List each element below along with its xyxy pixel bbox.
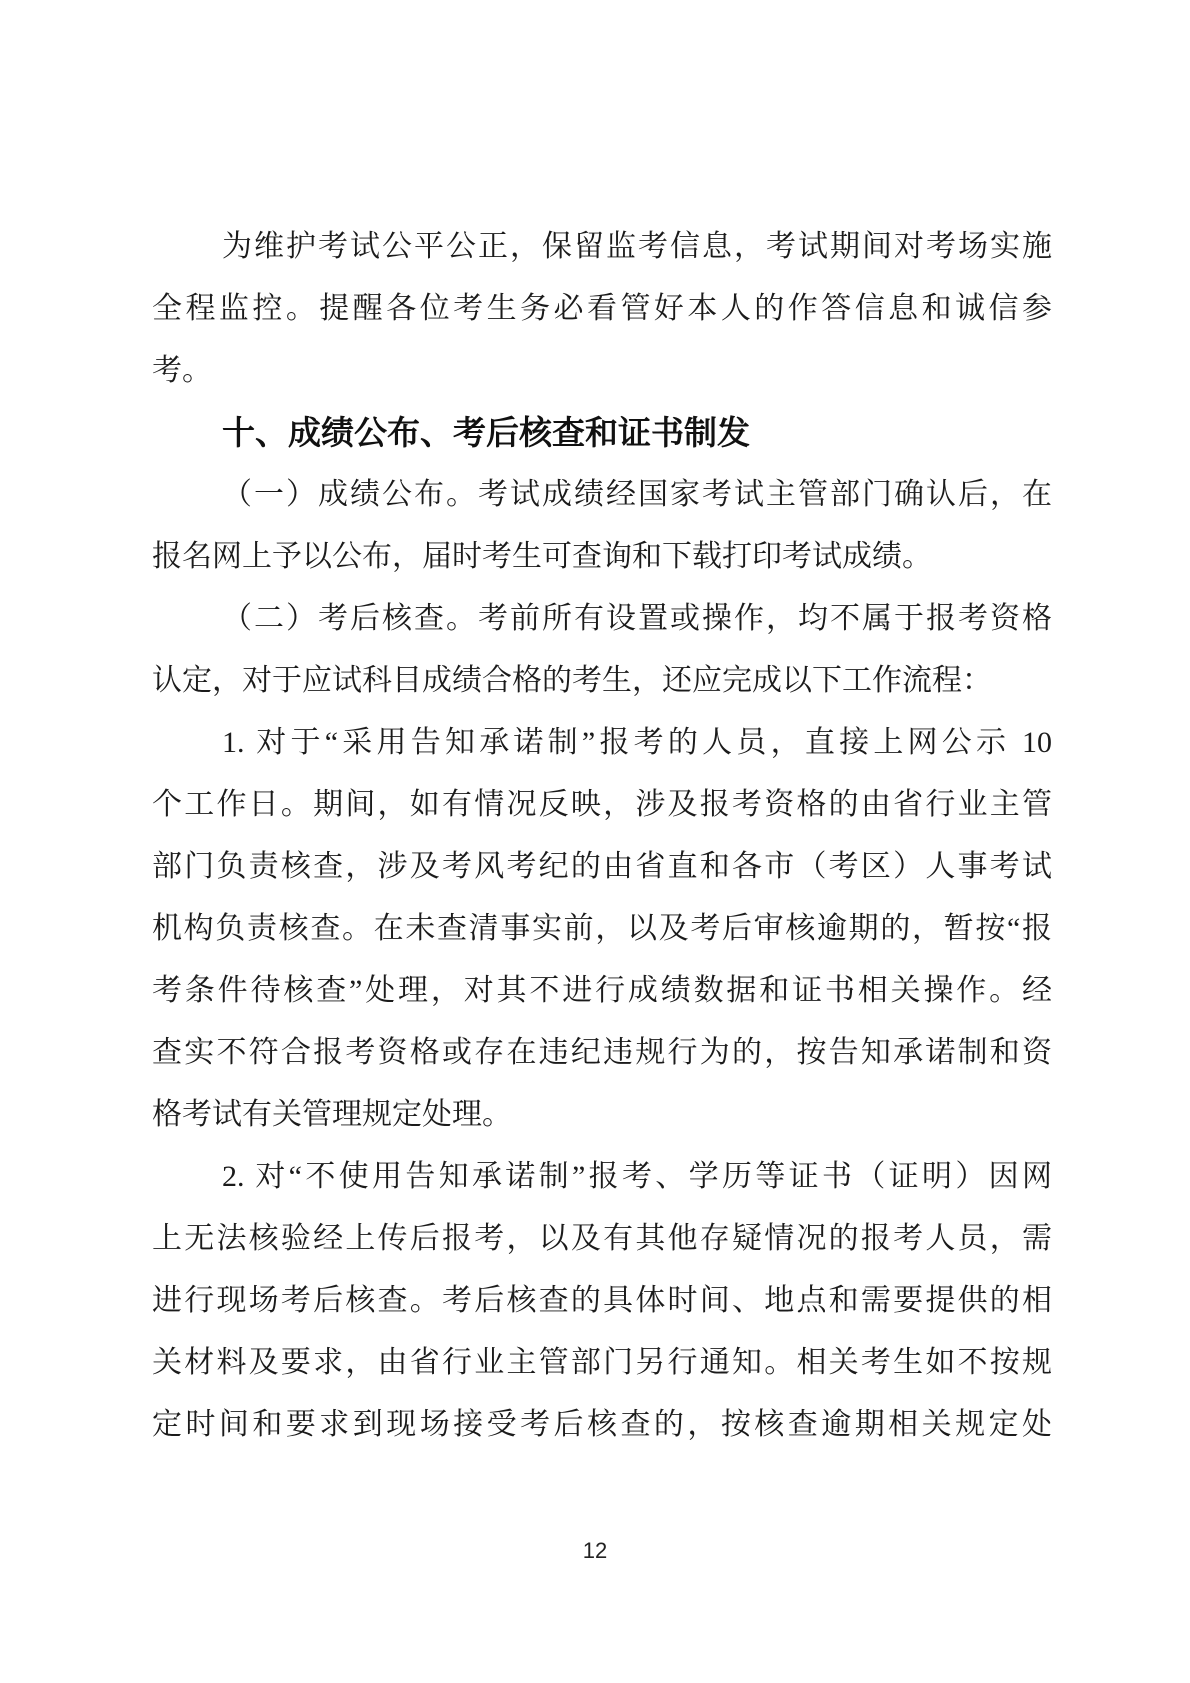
text-line: 认定，对于应试科目成绩合格的考生，还应完成以下工作流程： [152, 650, 1052, 712]
text-line: 2. 对“不使用告知承诺制”报考、学历等证书（证明）因网 [152, 1146, 1052, 1208]
text-line: 定时间和要求到现场接受考后核查的，按核查逾期相关规定处 [152, 1394, 1052, 1456]
text-block: 为维护考试公平公正，保留监考信息，考试期间对考场实施全程监控。提醒各位考生务必看… [152, 216, 1052, 1456]
text-line: 关材料及要求，由省行业主管部门另行通知。相关考生如不按规 [152, 1332, 1052, 1394]
text-line: 查实不符合报考资格或存在违纪违规行为的，按告知承诺制和资 [152, 1022, 1052, 1084]
text-line: （二）考后核查。考前所有设置或操作，均不属于报考资格 [152, 588, 1052, 650]
text-line: 考条件待核查”处理，对其不进行成绩数据和证书相关操作。经 [152, 960, 1052, 1022]
text-line: 上无法核验经上传后报考，以及有其他存疑情况的报考人员，需 [152, 1208, 1052, 1270]
text-line: 部门负责核查，涉及考风考纪的由省直和各市（考区）人事考试 [152, 836, 1052, 898]
text-line: （一）成绩公布。考试成绩经国家考试主管部门确认后，在 [152, 464, 1052, 526]
text-line: 报名网上予以公布，届时考生可查询和下载打印考试成绩。 [152, 526, 1052, 588]
text-line: 全程监控。提醒各位考生务必看管好本人的作答信息和诚信参 [152, 278, 1052, 340]
page-number: 12 [0, 1538, 1190, 1564]
text-line: 1. 对于“采用告知承诺制”报考的人员，直接上网公示 10 [152, 712, 1052, 774]
text-line: 进行现场考后核查。考后核查的具体时间、地点和需要提供的相 [152, 1270, 1052, 1332]
text-line: 格考试有关管理规定处理。 [152, 1084, 1052, 1146]
text-line: 为维护考试公平公正，保留监考信息，考试期间对考场实施 [152, 216, 1052, 278]
section-heading: 十、成绩公布、考后核查和证书制发 [152, 402, 1052, 464]
text-line: 考。 [152, 340, 1052, 402]
text-line: 机构负责核查。在未查清事实前，以及考后审核逾期的，暂按“报 [152, 898, 1052, 960]
text-line: 个工作日。期间，如有情况反映，涉及报考资格的由省行业主管 [152, 774, 1052, 836]
document-page: 为维护考试公平公正，保留监考信息，考试期间对考场实施全程监控。提醒各位考生务必看… [0, 0, 1190, 1683]
